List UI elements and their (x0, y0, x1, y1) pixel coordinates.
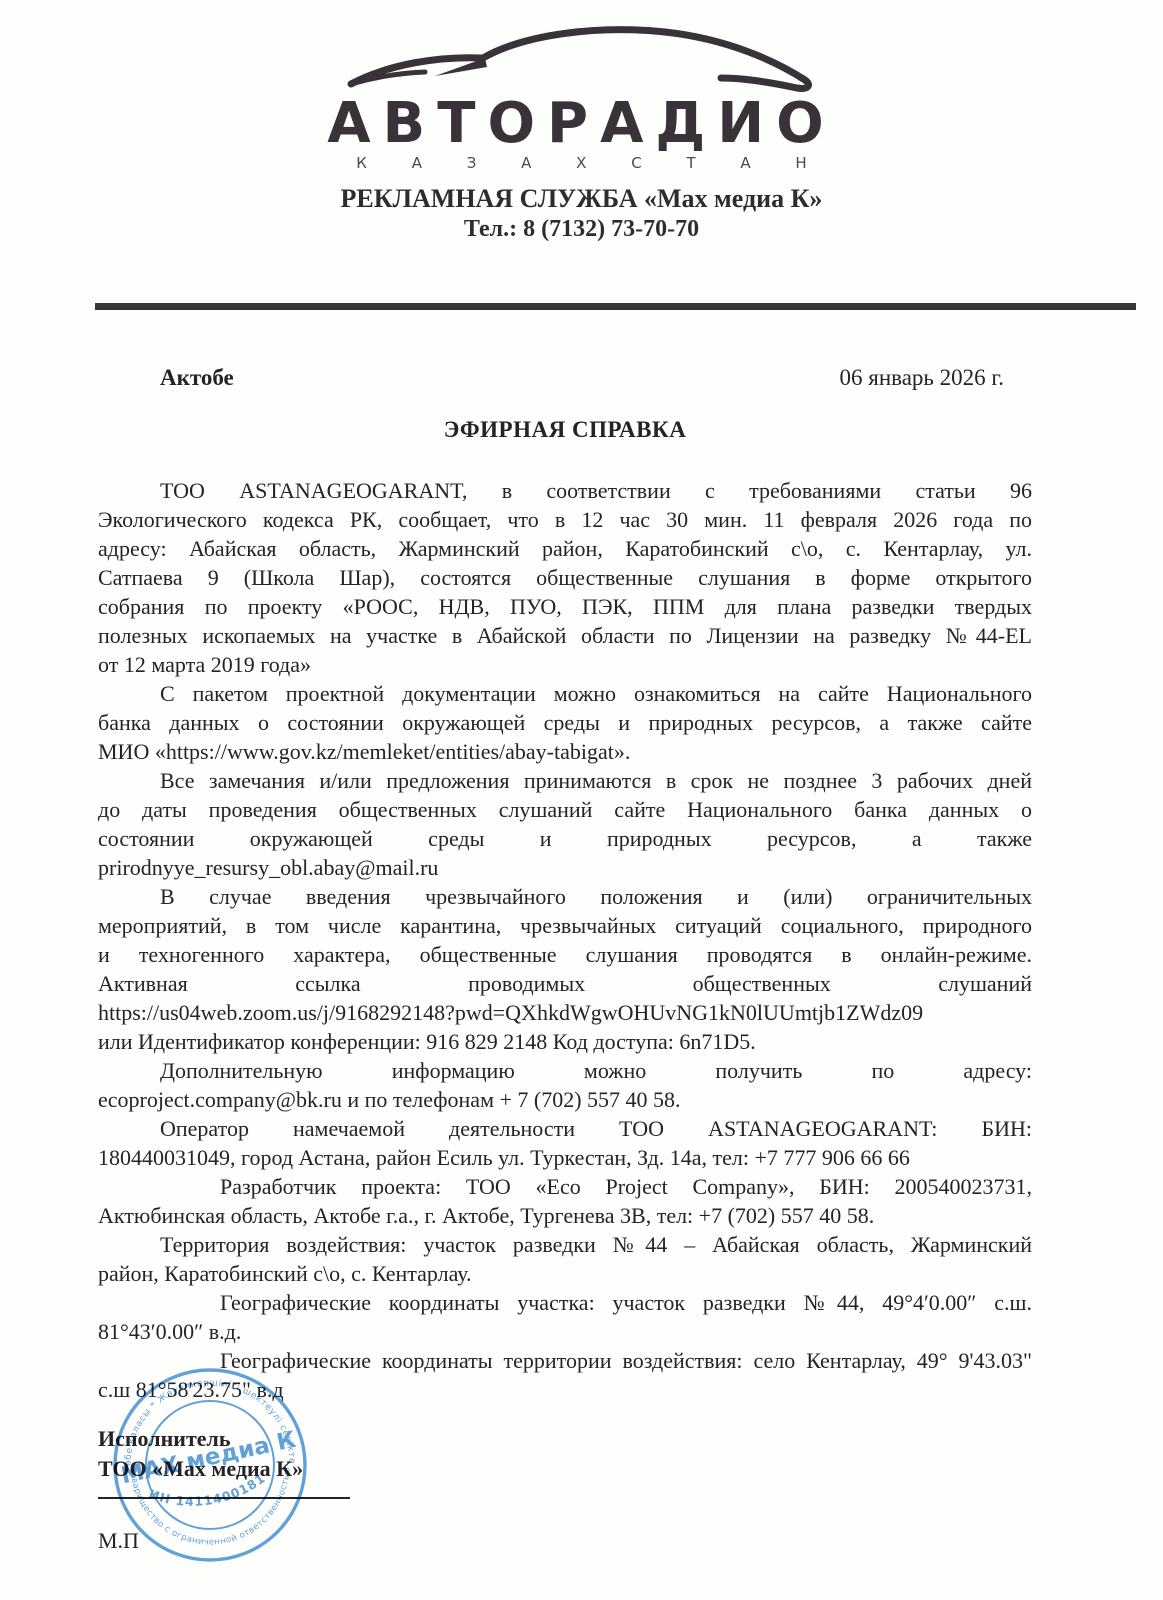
body-line: 180440031049, город Астана, район Есиль … (98, 1143, 1032, 1172)
body-line: Активная ссылка проводимых общественных … (98, 969, 1032, 998)
body-line: Оператор намечаемой деятельности ТОО AST… (98, 1114, 1032, 1143)
body-line: или Идентификатор конференции: 916 829 2… (98, 1027, 1032, 1056)
body-line: собрания по проекту «РООС, НДВ, ПУО, ПЭК… (98, 592, 1032, 621)
scanned-letter-page: АВТОРАДИО К А З А Х С Т А Н РЕКЛАМНАЯ СЛ… (0, 0, 1163, 1600)
body-line: полезных ископаемых на участке в Абайско… (98, 621, 1032, 650)
divider-rule (95, 303, 1136, 310)
meta-date: 06 январь 2026 г. (840, 363, 1032, 393)
body-line: Экологического кодекса РК, сообщает, что… (98, 505, 1032, 534)
body-line: адресу: Абайская область, Жарминский рай… (98, 534, 1032, 563)
body-line: Территория воздействия: участок разведки… (98, 1230, 1032, 1259)
body-line: Все замечания и/или предложения принимаю… (98, 766, 1032, 795)
body-text: ТОО ASTANAGEOGARANT, в соответствии с тр… (98, 476, 1032, 1404)
phone-line: Тел.: 8 (7132) 73-70-70 (0, 216, 1163, 243)
body-line: мероприятий, в том числе карантина, чрез… (98, 911, 1032, 940)
body-line: банка данных о состоянии окружающей сред… (98, 708, 1032, 737)
signature-block: Исполнитель ТОО «Мах медиа К» М.П (98, 1424, 518, 1556)
body-line: https://us04web.zoom.us/j/9168292148?pwd… (98, 998, 1032, 1027)
body-line: до даты проведения общественных слушаний… (98, 795, 1032, 824)
body-line: Разработчик проекта: ТОО «Eco Project Co… (98, 1172, 1032, 1201)
service-line: РЕКЛАМНАЯ СЛУЖБА «Мах медиа К» (0, 184, 1163, 214)
body-line: Дополнительную информацию можно получить… (98, 1056, 1032, 1085)
body-line: ТОО ASTANAGEOGARANT, в соответствии с тр… (98, 476, 1032, 505)
signature-company: ТОО «Мах медиа К» (98, 1454, 518, 1484)
body-line: район, Каратобинский с\о, с. Кентарлау. (98, 1259, 1032, 1288)
doc-title: ЭФИРНАЯ СПРАВКА (98, 417, 1032, 443)
body-line: и техногенного характера, общественные с… (98, 940, 1032, 969)
body-line: Актюбинская область, Актобе г.а., г. Акт… (98, 1201, 1032, 1230)
body-line: с.ш 81°58'23.75" в.д (98, 1375, 1032, 1404)
meta-row: Актобе 06 январь 2026 г. (98, 363, 1032, 393)
signature-role: Исполнитель (98, 1424, 518, 1454)
meta-city: Актобе (98, 363, 234, 393)
body-line: Сатпаева 9 (Школа Шар), состоятся общест… (98, 563, 1032, 592)
body-line: состоянии окружающей среды и природных р… (98, 824, 1032, 853)
body-line: 81°43′0.00″ в.д. (98, 1317, 1032, 1346)
body-line: Географические координаты участка: участ… (98, 1288, 1032, 1317)
seal-mark: М.П (98, 1526, 518, 1556)
brand-title: АВТОРАДИО (0, 96, 1163, 152)
signature-line (98, 1497, 350, 1499)
body-line: МИО «https://www.gov.kz/memleket/entitie… (98, 737, 1032, 766)
body-line: prirodnyye_resursy_obl.abay@mail.ru (98, 853, 1032, 882)
body-line: Географические координаты территории воз… (98, 1346, 1032, 1375)
body-line: С пакетом проектной документации можно о… (98, 679, 1032, 708)
body-line: ecoproject.company@bk.ru и по телефонам … (98, 1085, 1032, 1114)
body-line: В случае введения чрезвычайного положени… (98, 882, 1032, 911)
brand-country: К А З А Х С Т А Н (0, 154, 1163, 172)
body-line: от 12 марта 2019 года» (98, 650, 1032, 679)
